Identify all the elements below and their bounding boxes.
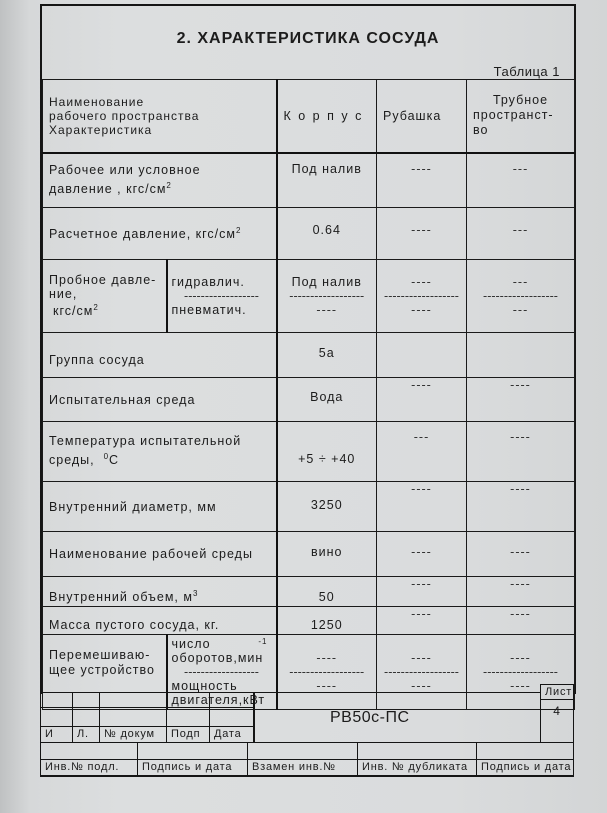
revision-header-sign: Подп xyxy=(166,726,210,743)
revision-header-list: Л. xyxy=(72,726,100,743)
table-row: Температура испытательной среды, 0С +5 ÷… xyxy=(43,422,575,482)
unit-superscript: 2 xyxy=(93,303,98,312)
empty-mass-jacket: ---- xyxy=(377,607,467,635)
test-temperature-corpus: +5 ÷ +40 xyxy=(277,422,377,482)
label-text: Расчетное давление, кгс/см xyxy=(49,227,236,241)
revision-cell xyxy=(40,692,73,708)
revision-cell xyxy=(99,707,167,727)
inner-diameter-corpus: 3250 xyxy=(277,482,377,532)
header-tube-line: Трубное xyxy=(473,93,568,108)
storage-cell xyxy=(357,742,477,760)
vessel-group-value: 5а xyxy=(277,333,377,378)
row-label-design-pressure: Расчетное давление, кгс/см2 xyxy=(43,208,277,260)
revision-cell xyxy=(166,707,210,727)
working-medium-corpus: вино xyxy=(277,532,377,577)
sheet-label: Лист xyxy=(540,684,574,700)
vessel-group-tube xyxy=(467,333,575,378)
revision-header-izm: И xyxy=(40,726,73,743)
separator-line: ------------------ xyxy=(172,289,272,303)
subtype-pneumatic: пневматич. xyxy=(172,303,272,317)
sign-date-label-1: Подпись и дата xyxy=(137,759,248,777)
label-line: Пробное давле- xyxy=(49,273,160,287)
separator-line: ------------------ xyxy=(381,665,462,679)
document-frame: 2. ХАРАКТЕРИСТИКА СОСУДА Таблица 1 Наиме… xyxy=(40,4,576,694)
jacket-hydraulic-value: ---- xyxy=(381,275,462,289)
row-label-working-medium: Наименование рабочей среды xyxy=(43,532,277,577)
inner-diameter-tube: ---- xyxy=(467,482,575,532)
subtype-rpm-line: оборотов,мин xyxy=(172,651,272,665)
header-name-line: Характеристика xyxy=(49,123,270,137)
row-label-inner-volume: Внутренний объем, м3 xyxy=(43,577,277,607)
working-medium-jacket: ---- xyxy=(377,532,467,577)
table-header-row: Наименование рабочего пространства Харак… xyxy=(43,80,575,153)
separator-line: ------------------ xyxy=(471,665,570,679)
header-name-line: рабочего пространства xyxy=(49,109,270,123)
separator-line: ------------------ xyxy=(282,289,373,303)
empty-mass-tube: ---- xyxy=(467,607,575,635)
document-page: 2. ХАРАКТЕРИСТИКА СОСУДА Таблица 1 Наиме… xyxy=(0,0,607,813)
revision-cell xyxy=(72,707,100,727)
revision-cell xyxy=(72,692,100,708)
row-label-test-pressure: Пробное давле- ние, кгс/см2 xyxy=(43,260,167,333)
vessel-group-jacket xyxy=(377,333,467,378)
separator-line: ------------------ xyxy=(471,289,570,303)
jacket-power-value: ---- xyxy=(381,679,462,693)
header-jacket: Рубашка xyxy=(377,80,467,153)
label-line: давление , кгс/см xyxy=(49,182,166,196)
table-row: Расчетное давление, кгс/см2 0.64 ---- --… xyxy=(43,208,575,260)
storage-cell xyxy=(40,742,138,760)
table-row: Наименование рабочей среды вино ---- ---… xyxy=(43,532,575,577)
inv-duplicate-label: Инв. № дубликата xyxy=(357,759,477,777)
storage-cell xyxy=(137,742,248,760)
row-label-empty-mass: Масса пустого сосуда, кг. xyxy=(43,607,277,635)
row-label-inner-diameter: Внутренний диаметр, мм xyxy=(43,482,277,532)
subtype-power-line: мощность xyxy=(172,679,272,693)
header-tube: Трубное пространст- во xyxy=(467,80,575,153)
separator-line: ------------------ xyxy=(381,289,462,303)
replace-inv-label: Взамен инв.№ xyxy=(247,759,358,777)
test-temperature-tube: ---- xyxy=(467,422,575,482)
design-pressure-tube: --- xyxy=(467,208,575,260)
subtype-hydraulic: гидравлич. xyxy=(172,275,272,289)
test-pressure-tube: --- ------------------ --- xyxy=(467,260,575,333)
tube-pneumatic-value: --- xyxy=(471,303,570,317)
test-pressure-corpus: Под налив ------------------ ---- xyxy=(277,260,377,333)
revision-header-doc-no: № докум xyxy=(99,726,167,743)
table-row: Внутренний объем, м3 50 ---- ---- xyxy=(43,577,575,607)
design-pressure-corpus: 0.64 xyxy=(277,208,377,260)
header-name-cell: Наименование рабочего пространства Харак… xyxy=(43,80,277,153)
label-line: ние, xyxy=(49,287,160,301)
table-row: Испытательная среда Вода ---- ---- xyxy=(43,378,575,422)
corpus-rpm-value: ---- xyxy=(282,651,373,665)
table-row: Масса пустого сосуда, кг. 1250 ---- ---- xyxy=(43,607,575,635)
working-pressure-tube: --- xyxy=(467,153,575,208)
test-temperature-jacket: --- xyxy=(377,422,467,482)
row-label-test-temperature: Температура испытательной среды, 0С xyxy=(43,422,277,482)
row-label-test-medium: Испытательная среда xyxy=(43,378,277,422)
inner-volume-jacket: ---- xyxy=(377,577,467,607)
tube-hydraulic-value: --- xyxy=(471,275,570,289)
row-label-working-pressure: Рабочее или условное давление , кгс/см2 xyxy=(43,153,277,208)
document-code: РВ50с-ПС xyxy=(330,709,410,727)
table-row: Группа сосуда 5а xyxy=(43,333,575,378)
sheet-number: 4 xyxy=(540,699,574,743)
inv-orig-label: Инв.№ подл. xyxy=(40,759,138,777)
label-line: среды, xyxy=(49,454,95,468)
page-title: 2. ХАРАКТЕРИСТИКА СОСУДА xyxy=(42,30,574,48)
tube-rpm-value: ---- xyxy=(471,651,570,665)
label-line: Температура испытательной xyxy=(49,434,270,449)
storage-cell xyxy=(247,742,358,760)
test-medium-corpus: Вода xyxy=(277,378,377,422)
label-line: Рабочее или условное xyxy=(49,163,270,178)
working-medium-tube: ---- xyxy=(467,532,575,577)
inner-diameter-jacket: ---- xyxy=(377,482,467,532)
revision-cell xyxy=(99,692,167,708)
unit-superscript: 2 xyxy=(166,181,171,190)
revision-cell xyxy=(40,707,73,727)
corpus-hydraulic-value: Под налив xyxy=(282,275,373,289)
empty-mass-corpus: 1250 xyxy=(277,607,377,635)
sign-date-label-2: Подпись и дата xyxy=(476,759,574,777)
table-row: Рабочее или условное давление , кгс/см2 … xyxy=(43,153,575,208)
jacket-rpm-value: ---- xyxy=(381,651,462,665)
subtype-rpm-line: число xyxy=(172,637,211,651)
table-row: Пробное давле- ние, кгс/см2 гидравлич. -… xyxy=(43,260,575,333)
revision-cell xyxy=(209,692,254,708)
header-tube-line: во xyxy=(473,123,568,138)
design-pressure-jacket: ---- xyxy=(377,208,467,260)
inner-volume-tube: ---- xyxy=(467,577,575,607)
title-block: И Л. № докум Подп Дата РВ50с-ПС Лист 4 И… xyxy=(40,692,574,782)
inner-volume-corpus: 50 xyxy=(277,577,377,607)
separator-line: ------------------ xyxy=(172,665,272,679)
label-line: щее устройство xyxy=(49,663,160,678)
label-line: кгс/см xyxy=(53,305,93,319)
unit-text: С xyxy=(109,454,119,468)
unit-superscript: -1 xyxy=(258,635,267,649)
separator-line: ------------------ xyxy=(282,665,373,679)
test-medium-jacket: ---- xyxy=(377,378,467,422)
revision-cell xyxy=(166,692,210,708)
working-pressure-corpus: Под налив xyxy=(277,153,377,208)
working-pressure-jacket: ---- xyxy=(377,153,467,208)
corpus-power-value: ---- xyxy=(282,679,373,693)
label-line: Перемешиваю- xyxy=(49,648,160,663)
row-label-vessel-group: Группа сосуда xyxy=(43,333,277,378)
revision-cell xyxy=(209,707,254,727)
unit-superscript: 3 xyxy=(193,589,198,598)
header-corpus: К о р п у с xyxy=(277,80,377,153)
storage-cell xyxy=(476,742,574,760)
table-row: Внутренний диаметр, мм 3250 ---- ---- xyxy=(43,482,575,532)
header-name-line: Наименование xyxy=(49,95,270,109)
test-medium-tube: ---- xyxy=(467,378,575,422)
test-pressure-jacket: ---- ------------------ ---- xyxy=(377,260,467,333)
table-label: Таблица 1 xyxy=(494,64,560,79)
jacket-pneumatic-value: ---- xyxy=(381,303,462,317)
corpus-pneumatic-value: ---- xyxy=(282,303,373,317)
test-pressure-subtypes: гидравлич. ------------------ пневматич. xyxy=(167,260,277,333)
header-tube-line: пространст- xyxy=(473,108,568,123)
label-text: Внутренний объем, м xyxy=(49,590,193,604)
revision-header-date: Дата xyxy=(209,726,254,743)
vessel-characteristics-table: Наименование рабочего пространства Харак… xyxy=(42,79,575,710)
unit-superscript: 2 xyxy=(236,226,241,235)
